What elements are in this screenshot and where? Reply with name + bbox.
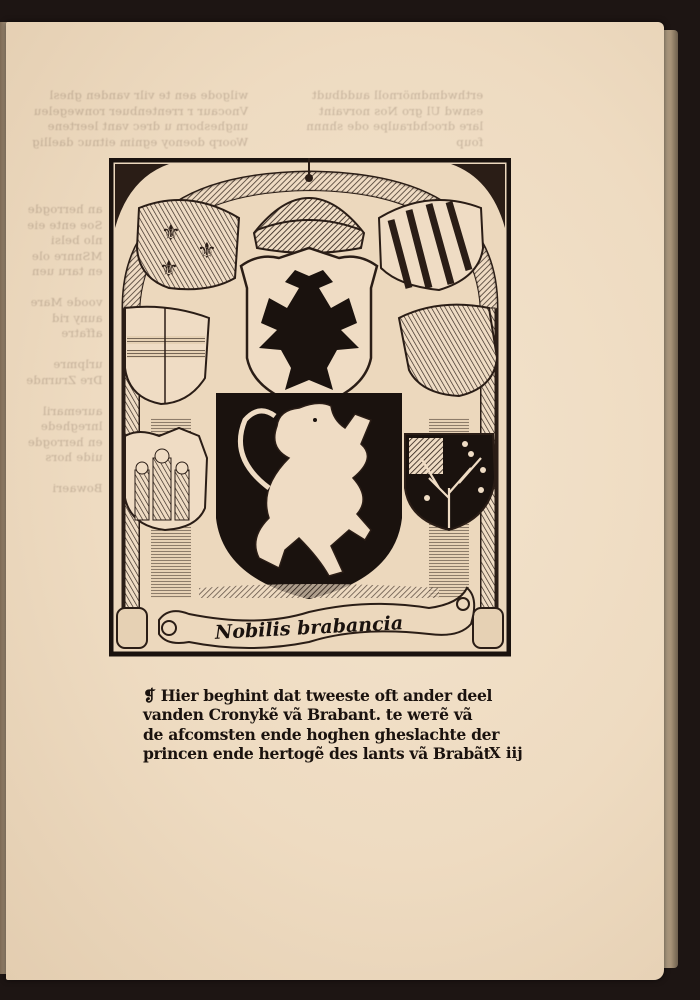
- svg-text:⚜: ⚜: [161, 221, 181, 246]
- column-base-right: [473, 608, 503, 648]
- svg-text:⚜: ⚜: [197, 239, 217, 264]
- caption-line: princen ende hertogẽ des lants vã Brabãt: [143, 744, 543, 763]
- show-through-text-top-left: wilgode aen te vilr vanden ghesl Vnocaur…: [32, 88, 248, 150]
- shield-bars: [125, 307, 209, 404]
- shield-fleurs-de-lis: ⚜ ⚜ ⚜: [137, 200, 239, 289]
- shield-towered-city: [125, 428, 207, 530]
- shield-rampant-lion: [217, 394, 401, 598]
- woodcut-illustration: ⚜ ⚜ ⚜: [109, 158, 511, 658]
- signature-mark: X iij: [489, 744, 523, 762]
- caption-line: vanden Cronykẽ vã Brabant. te weтẽ vã: [143, 705, 543, 724]
- svg-text:⚜: ⚜: [159, 257, 179, 282]
- shield-double-headed-eagle: [241, 248, 377, 408]
- show-through-text-top-right: erthwdmdmörnoll auddbudt esnwd Ul gro No…: [306, 88, 483, 150]
- caption-line: de afcomsten ende hoghen gheslachte der: [143, 725, 543, 744]
- show-through-text-left-column: an herrogde Soe ente eie nlo belsi MSnnr…: [26, 202, 102, 497]
- caption-line: ❡ Hier beghint dat tweeste oft ander dee…: [143, 686, 543, 705]
- shield-bends: [379, 200, 483, 290]
- caption-block: ❡ Hier beghint dat tweeste oft ander dee…: [143, 686, 543, 763]
- column-base-left: [117, 608, 147, 648]
